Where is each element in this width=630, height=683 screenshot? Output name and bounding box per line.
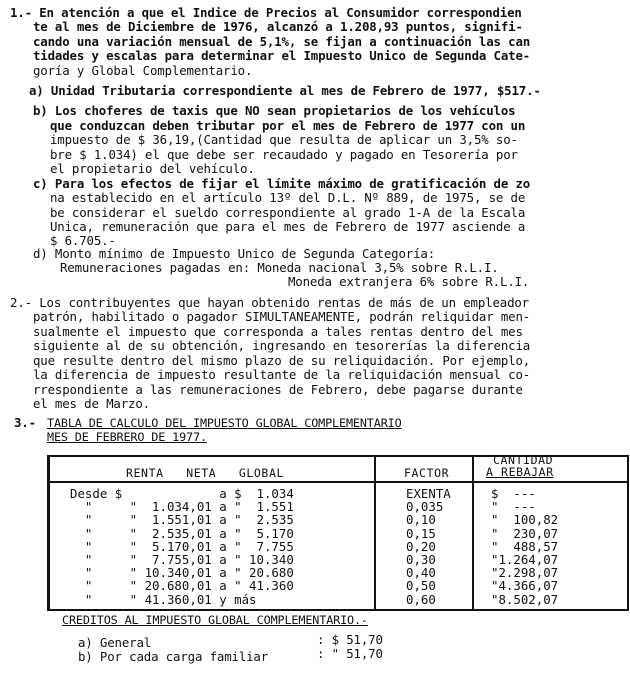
section-1-line: goría y Global Complementario. [33,64,252,79]
factor-cell: 0,30 [406,553,436,566]
factor-cell: 0,10 [406,513,436,526]
item-b-line: impuesto de $ 36,19,(Cantidad que result… [50,133,518,148]
rebajar-cell: " 100,82 [491,513,558,526]
table-subtitle: MES DE FEBRERO DE 1977. [47,430,207,445]
renta-cell: " " 10.340,01 a " 20.680 [70,566,294,579]
rebajar-cell: $ --- [491,487,536,500]
renta-cell: " " 1.034,01 a " 1.551 [70,500,294,513]
section-2-line: siguiente al de su obtención, ingresando… [33,339,530,354]
item-c-line: Unica, remuneración que para el mes de F… [50,220,525,235]
rebajar-cell: " 488,57 [491,540,558,553]
section-2-line: la diferencia de impuesto resultante de … [33,368,530,383]
renta-cell: " " 7.755,01 a " 10.340 [70,553,294,566]
factor-cell: 0,035 [406,500,443,513]
header-a-rebajar: A REBAJAR [486,465,554,479]
rebajar-cell: "2.298,07 [491,566,558,579]
table-title: TABLA DE CALCULO DEL IMPUESTO GLOBAL COM… [47,416,402,431]
rebajar-cell: " 230,07 [491,527,558,540]
item-b-line: b) Los choferes de taxis que NO sean pro… [33,104,515,119]
section-1-line: tidades y escalas para determinar el Imp… [33,49,530,64]
renta-cell: " " 1.551,01 a " 2.535 [70,513,294,526]
factor-cell: 0,50 [406,579,436,592]
renta-cell: " " 41.360,01 y más [70,593,257,606]
column-divider [472,457,474,609]
factor-cell: 0,40 [406,566,436,579]
credit-carga-familiar-label: b) Por cada carga familiar [78,650,268,665]
item-d-line: Moneda extranjera 6% sobre R.L.I. [288,275,529,290]
credit-carga-familiar-value: : " 51,70 [317,647,383,662]
tax-calculation-table: RENTA NETA GLOBAL FACTOR CANTIDAD A REBA… [47,455,629,611]
rebajar-cell: " --- [491,500,536,513]
section-2-line: el mes de Marzo. [33,397,150,412]
section-3-number: 3.- [14,416,36,431]
item-c-line: na establecido en el artículo 13º del D.… [50,191,525,206]
item-a-unidad-tributaria: a) Unidad Tributaria correspondiente al … [29,84,541,99]
renta-cell: " " 20.680,01 a " 41.360 [70,579,294,592]
renta-cell: Desde $ a $ 1.034 [70,487,294,500]
factor-cell: 0,60 [406,593,436,606]
renta-cell: " " 2.535,01 a " 5.170 [70,527,294,540]
factor-cell: EXENTA [406,487,451,500]
factor-cell: 0,15 [406,527,436,540]
section-1-line: te al mes de Diciembre de 1976, alcanzó … [33,20,523,35]
renta-cell: " " 5.170,01 a " 7.755 [70,540,294,553]
rebajar-cell: "1.264,07 [491,553,558,566]
rebajar-cell: "8.502,07 [491,593,558,606]
header-renta-neta-global: RENTA NETA GLOBAL [126,466,284,480]
header-divider [50,481,627,483]
section-2-line: patrón, habilitado o pagador SIMULTANEAM… [33,310,530,325]
item-b-line: el propietario del vehículo. [50,162,255,177]
credits-title: CREDITOS AL IMPUESTO GLOBAL COMPLEMENTAR… [62,613,368,628]
factor-cell: 0,20 [406,540,436,553]
rebajar-cell: "4.366,07 [491,579,558,592]
header-factor: FACTOR [404,466,449,480]
column-divider [374,457,376,609]
